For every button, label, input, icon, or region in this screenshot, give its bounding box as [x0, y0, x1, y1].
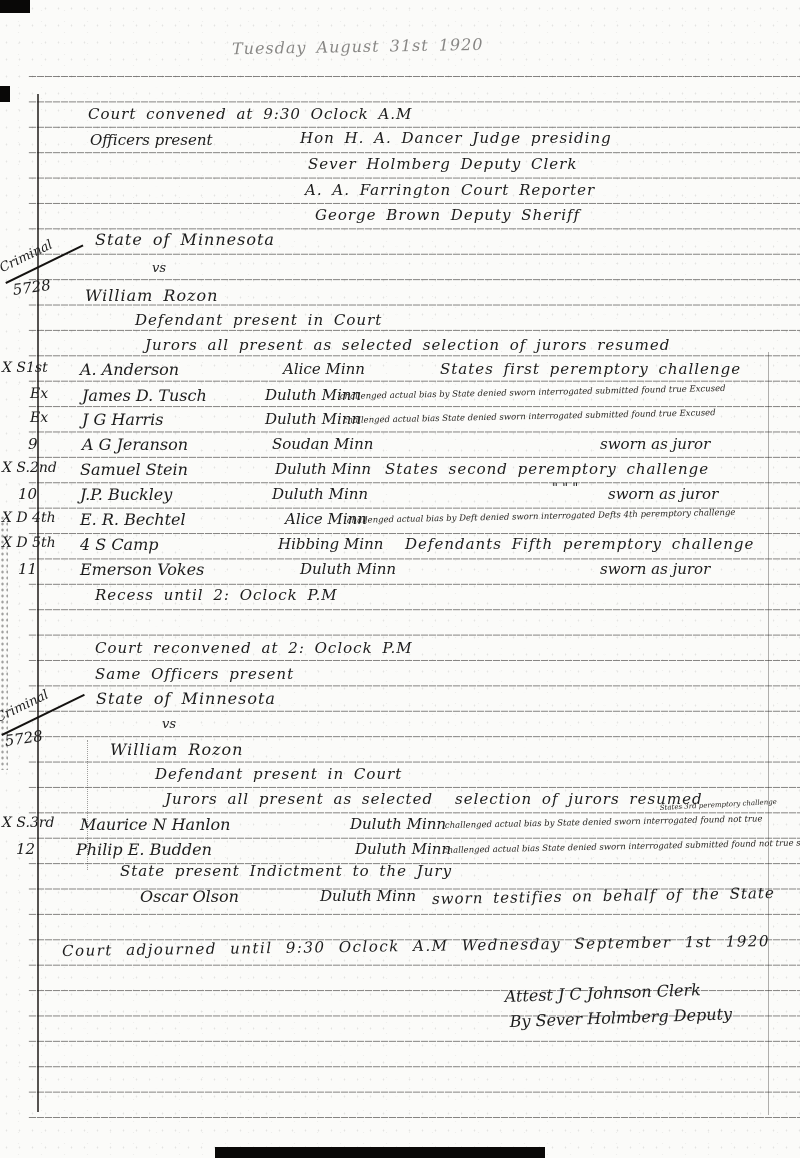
defendant-present-line: Defendant present in Court: [155, 766, 402, 783]
officer-deputy-sheriff: George Brown Deputy Sheriff: [315, 207, 580, 224]
juror-note: Defendants Fifth peremptory challenge: [405, 535, 754, 553]
juror-name: Philip E. Budden: [76, 840, 212, 859]
same-officers-line: Same Officers present: [95, 666, 294, 683]
juror-challenge-note: challenged actual bias by Deft denied sw…: [347, 508, 736, 526]
juror-name: 4 S Camp: [80, 535, 159, 554]
juror-code: 11: [18, 560, 37, 578]
officer-judge: Hon H. A. Dancer Judge presiding: [300, 130, 612, 147]
juror-name: Emerson Vokes: [80, 560, 204, 579]
juror-name: A G Jeranson: [82, 435, 188, 454]
juror-name: Maurice N Hanlon: [80, 815, 230, 834]
juror-code: X S.3rd: [2, 815, 55, 831]
scan-artifact-bottom-bar: [215, 1147, 545, 1158]
juror-code: 10: [18, 485, 37, 503]
juror-code: X D 4th: [2, 510, 56, 526]
officer-deputy-clerk: Sever Holmberg Deputy Clerk: [308, 156, 577, 173]
jurors-present-line: Jurors all present as selected: [165, 791, 433, 808]
juror-row: 11 Emerson Vokes Duluth Minn sworn as ju…: [0, 560, 800, 585]
ledger-page: Tuesday August 31st 1920 Court convened …: [0, 0, 800, 1158]
juror-challenge-note: challenged actual bias State denied swor…: [443, 837, 800, 856]
juror-sworn-note: sworn as juror: [600, 560, 710, 578]
juror-row: Ex J G Harris Duluth Minn challenged act…: [0, 410, 800, 435]
juror-row: X D 5th 4 S Camp Hibbing Minn Defendants…: [0, 535, 800, 560]
defendant-name: William Rozon: [110, 741, 243, 759]
recess-line: Recess until 2: Oclock P.M: [95, 587, 338, 604]
juror-residence: Soudan Minn: [272, 435, 373, 453]
juror-note: States second peremptory challenge: [385, 460, 709, 478]
juror-name: E. R. Bechtel: [80, 510, 186, 529]
juror-code: Ex: [30, 410, 48, 426]
juror-challenge-note: challenged actual bias by State denied s…: [445, 814, 763, 831]
juror-residence: Duluth Minn: [300, 560, 396, 578]
juror-name: J.P. Buckley: [80, 485, 172, 504]
juror-code: X S.2nd: [2, 460, 57, 476]
juror-row: X D 4th E. R. Bechtel Alice Minn challen…: [0, 510, 800, 535]
scan-artifact-corner: [0, 0, 30, 13]
juror-row: Ex James D. Tusch Duluth Minn challenged…: [0, 386, 800, 411]
juror-code: X D 5th: [2, 535, 56, 551]
juror-row: X S1st A. Anderson Alice Minn States fir…: [0, 360, 800, 385]
officer-court-reporter: A. A. Farrington Court Reporter: [305, 182, 595, 199]
indictment-line: State present Indictment to the Jury: [120, 863, 452, 880]
date-heading: Tuesday August 31st 1920: [232, 36, 484, 58]
juror-name: A. Anderson: [80, 360, 179, 379]
versus-label: vs: [162, 718, 176, 732]
juror-residence: Alice Minn: [283, 360, 365, 378]
juror-name: J G Harris: [82, 410, 163, 429]
juror-sworn-note: sworn as juror: [608, 485, 718, 503]
juror-residence: Duluth Minn: [350, 815, 446, 833]
plaintiff-name: State of Minnesota: [96, 690, 276, 708]
juror-row: X S.3rd Maurice N Hanlon Duluth Minn cha…: [0, 815, 800, 840]
juror-challenge-note: challenged actual bias by State denied s…: [340, 384, 726, 402]
juror-row: X S.2nd Samuel Stein Duluth Minn States …: [0, 460, 800, 485]
juror-ditto-marks: " " ": [552, 481, 578, 496]
court-reconvened-line: Court reconvened at 2: Oclock P.M: [95, 640, 413, 657]
juror-code: 9: [28, 435, 38, 453]
court-convened-line: Court convened at 9:30 Oclock A.M: [88, 106, 412, 123]
officers-present-label: Officers present: [90, 132, 213, 149]
plaintiff-name: State of Minnesota: [95, 231, 275, 249]
juror-residence: Duluth Minn: [275, 460, 371, 478]
juror-row: 10 J.P. Buckley Duluth Minn " " " sworn …: [0, 485, 800, 510]
juror-row: 9 A G Jeranson Soudan Minn sworn as juro…: [0, 435, 800, 460]
witness-name: Oscar Olson: [140, 888, 239, 906]
juror-name: James D. Tusch: [82, 386, 207, 405]
scan-artifact-square: [0, 86, 10, 102]
juror-code: 12: [16, 840, 35, 858]
versus-label: vs: [152, 262, 166, 276]
juror-challenge-note: challenged actual bias State denied swor…: [343, 408, 716, 426]
juror-residence: Hibbing Minn: [278, 535, 383, 553]
defendant-name: William Rozon: [85, 287, 218, 305]
juror-code: Ex: [30, 386, 48, 402]
juror-residence: Duluth Minn: [355, 840, 451, 858]
juror-residence: Duluth Minn: [272, 485, 368, 503]
juror-sworn-note: sworn as juror: [600, 435, 710, 453]
jurors-resumed-line: Jurors all present as selected selection…: [145, 337, 670, 354]
juror-code: X S1st: [2, 360, 48, 376]
juror-note: States first peremptory challenge: [440, 360, 741, 378]
defendant-present-line: Defendant present in Court: [135, 312, 382, 329]
juror-name: Samuel Stein: [80, 460, 188, 479]
witness-residence: Duluth Minn: [320, 888, 416, 905]
